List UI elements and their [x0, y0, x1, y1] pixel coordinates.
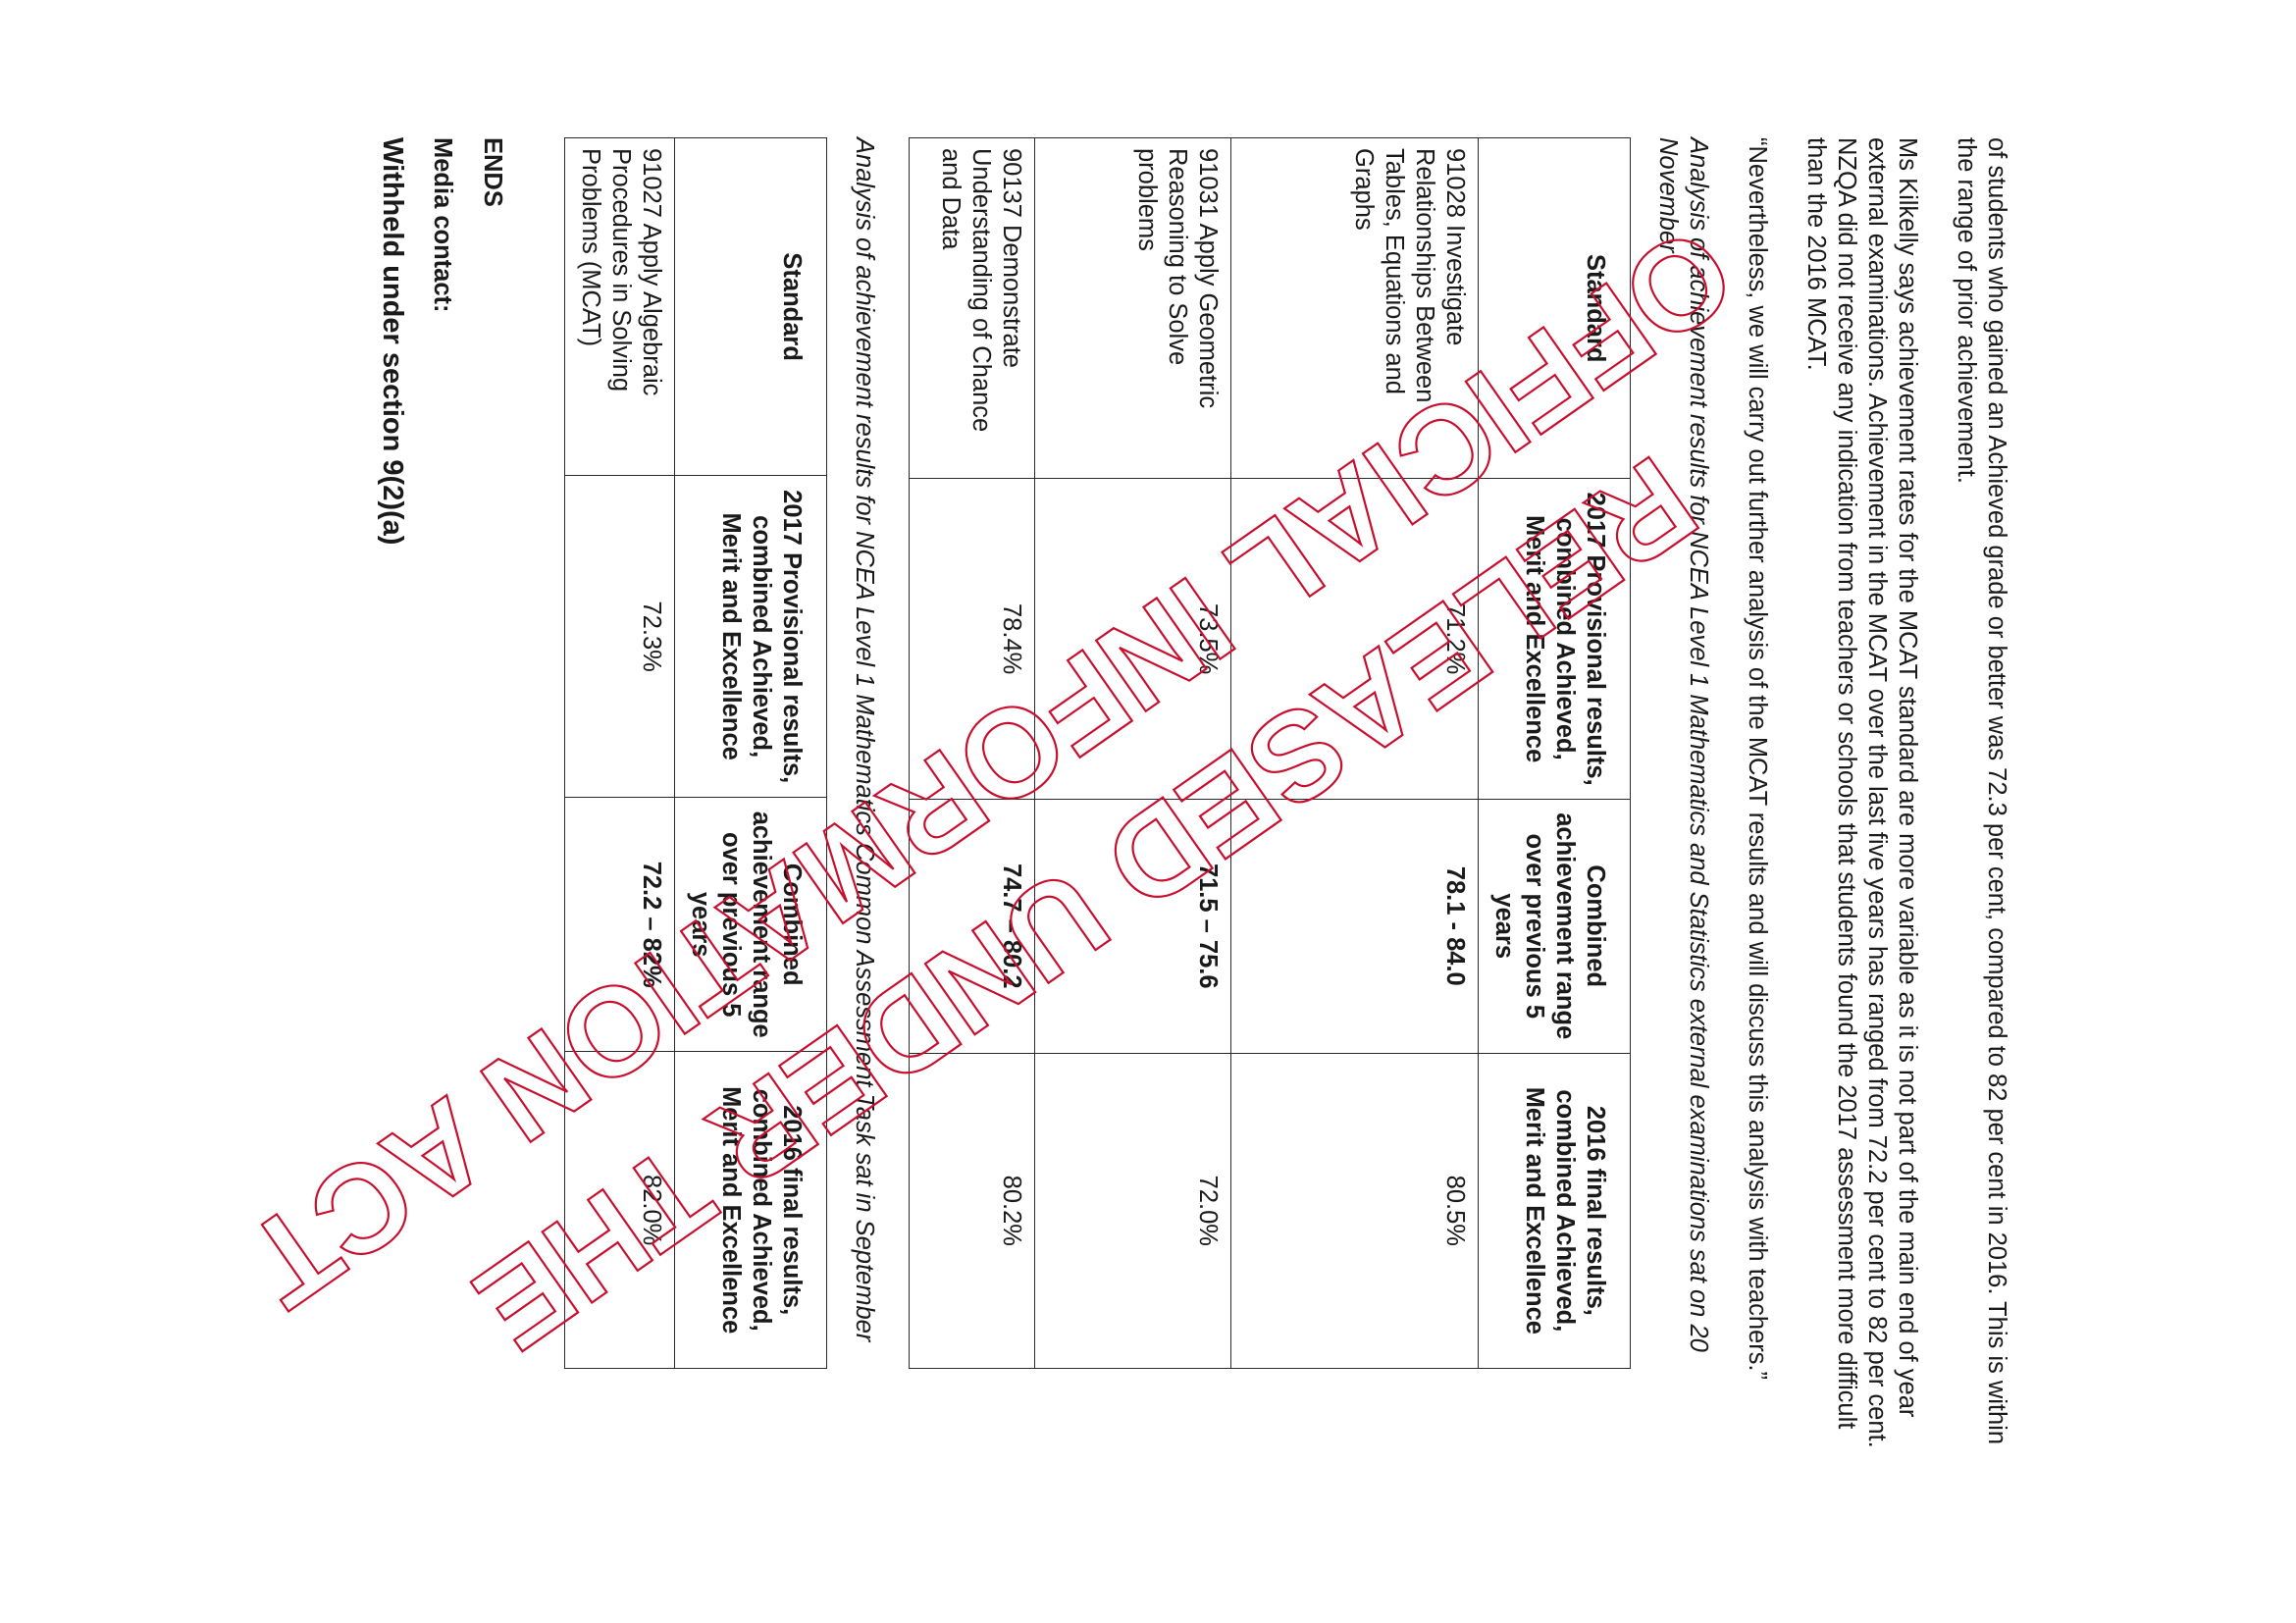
header-standard: Standard: [1479, 138, 1631, 479]
cell-2017: 78.4%: [910, 479, 1035, 799]
cell-2017: 72.3%: [565, 476, 675, 798]
table-header-row: Standard 2017 Provisional results, combi…: [1479, 138, 1631, 1369]
document-body: of students who gained an Achieved grade…: [377, 137, 2011, 1472]
table2-caption: Analysis of achievement results for NCEA…: [849, 137, 879, 1472]
cell-range: 71.5 – 75.6: [1035, 799, 1231, 1053]
cell-2016: 80.5%: [1231, 1053, 1479, 1368]
header-2017-provisional: 2017 Provisional results, combined Achie…: [1479, 479, 1631, 799]
table1-caption: Analysis of achievement results for NCEA…: [1652, 137, 1713, 1472]
cell-2017: 71.2%: [1231, 479, 1479, 799]
cell-standard: 90137 Demonstrate Understanding of Chanc…: [910, 138, 1035, 479]
header-2016-final: 2016 final results, combined Achieved, M…: [1479, 1053, 1631, 1368]
cell-standard: 91031 Apply Geometric Reasoning to Solve…: [1035, 138, 1231, 479]
cell-range: 72.2 – 82%: [565, 798, 675, 1052]
table-header-row: Standard 2017 Provisional results, combi…: [675, 138, 827, 1369]
header-5yr-range: Combined achievement range over previous…: [1479, 799, 1631, 1053]
media-contact-label: Media contact:: [427, 137, 457, 1472]
cell-2016: 82.0%: [565, 1052, 675, 1369]
cell-range: 74.7 – 80.2: [910, 799, 1035, 1053]
mcat-results-table: Standard 2017 Provisional results, combi…: [564, 137, 827, 1369]
paragraph-prior-achievement: of students who gained an Achieved grade…: [1951, 137, 2011, 1472]
cell-range: 78.1 - 84.0: [1231, 799, 1479, 1053]
external-exam-results-table: Standard 2017 Provisional results, combi…: [909, 137, 1631, 1369]
header-2017-provisional: 2017 Provisional results, combined Achie…: [675, 476, 827, 798]
document-page: of students who gained an Achieved grade…: [0, 0, 2296, 1623]
cell-2017: 73.5%: [1035, 479, 1231, 799]
cell-standard: 91027 Apply Algebraic Procedures in Solv…: [565, 138, 675, 476]
table-row: 90137 Demonstrate Understanding of Chanc…: [910, 138, 1035, 1369]
header-2016-final: 2016 final results, combined Achieved, M…: [675, 1052, 827, 1369]
header-standard: Standard: [675, 138, 827, 476]
paragraph-kilkelly-statement: Ms Kilkelly says achievement rates for t…: [1800, 137, 1922, 1472]
cell-2016: 72.0%: [1035, 1053, 1231, 1368]
paragraph-quote: “Nevertheless, we will carry out further…: [1742, 137, 1772, 1472]
ends-marker: ENDS: [477, 137, 507, 1472]
table-row: 91028 Investigate Relationships Between …: [1231, 138, 1479, 1369]
table-row: 91027 Apply Algebraic Procedures in Solv…: [565, 138, 675, 1369]
cell-standard: 91028 Investigate Relationships Between …: [1231, 138, 1479, 479]
cell-2016: 80.2%: [910, 1053, 1035, 1368]
withheld-notice: Withheld under section 9(2)(a): [377, 137, 407, 1472]
header-5yr-range: Combined achievement range over previous…: [675, 798, 827, 1052]
table-row: 91031 Apply Geometric Reasoning to Solve…: [1035, 138, 1231, 1369]
